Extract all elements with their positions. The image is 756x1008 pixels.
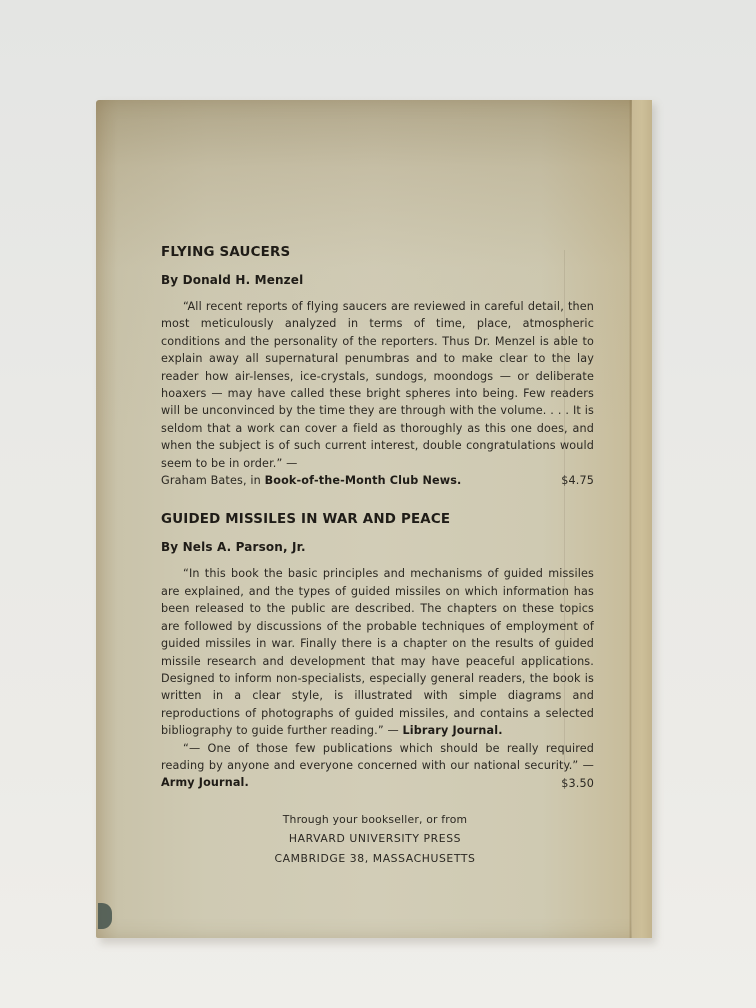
review-attribution: Graham Bates, in Book-of-the-Month Club … [161, 472, 461, 489]
publisher-name: HARVARD UNIVERSITY PRESS [160, 829, 590, 848]
publisher-address: CAMBRIDGE 38, MASSACHUSETTS [160, 849, 590, 868]
book-listing-flying-saucers: FLYING SAUCERS By Donald H. Menzel “All … [161, 244, 594, 489]
quote-text: “In this book the basic principles and m… [161, 567, 594, 737]
book-price: $3.50 [561, 775, 594, 792]
attribution-prefix: Graham Bates, in [161, 474, 265, 487]
publisher-block: Through your bookseller, or from HARVARD… [160, 810, 590, 868]
quote-text: “All recent reports of flying saucers ar… [161, 300, 594, 470]
attribution-source: Book-of-the-Month Club News. [265, 474, 462, 487]
archival-tape-fragment [98, 903, 112, 929]
attribution-source: Library Journal. [403, 724, 503, 737]
book-author: By Nels A. Parson, Jr. [161, 539, 594, 555]
book-listing-guided-missiles: GUIDED MISSILES IN WAR AND PEACE By Nels… [161, 511, 594, 792]
book-author: By Donald H. Menzel [161, 272, 594, 288]
quote-text: “— One of those few publications which s… [161, 742, 594, 772]
spine-fold-line [629, 100, 632, 938]
jacket-text: FLYING SAUCERS By Donald H. Menzel “All … [161, 244, 594, 792]
publisher-intro: Through your bookseller, or from [160, 810, 590, 829]
attribution-source: Army Journal. [161, 776, 249, 789]
spine-flap-edge [632, 100, 652, 938]
book-title: GUIDED MISSILES IN WAR AND PEACE [161, 511, 594, 529]
review-attribution-line: Graham Bates, in Book-of-the-Month Club … [161, 472, 594, 489]
book-title: FLYING SAUCERS [161, 244, 594, 262]
review-quote: “In this book the basic principles and m… [161, 565, 594, 739]
book-price: $4.75 [561, 472, 594, 489]
review-quote: “All recent reports of flying saucers ar… [161, 298, 594, 472]
